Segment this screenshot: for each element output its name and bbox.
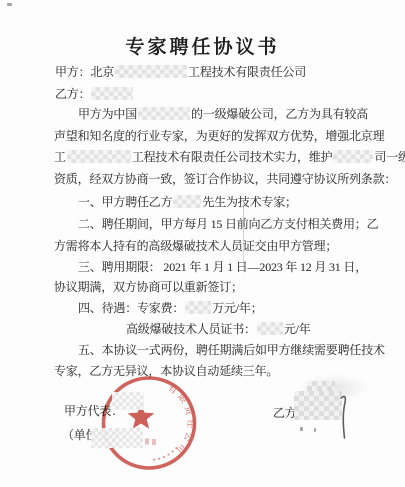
redaction-party-a-name (115, 65, 187, 78)
clause-4-text-b: 万元/年； (212, 301, 262, 315)
preamble-line-2: 声望和知名度的行业专家，为更好的发挥双方优势，增强北京理 (54, 127, 384, 144)
preamble-3-text-b: 工程技术有限责任公司技术实力，维护 (132, 150, 333, 164)
document-title: 专家聘任协议书 (0, 32, 405, 59)
agreement-document: 专家聘任协议书 甲方：北京工程技术有限责任公司 乙方： 甲方为中国的一级爆破公司… (0, 0, 405, 487)
redaction-expert-name (173, 195, 201, 208)
clause-4-line-1: 四、待遇：专家费：万元/年； (78, 299, 263, 316)
clause-1-text-b: 先生为技术专家； (202, 195, 296, 209)
preamble-3-text-c: 司一级 (374, 150, 405, 164)
clause-3-line-2: 协议期满，双方协商可以重新签订； (54, 278, 243, 295)
preamble-line-1: 甲方为中国的一级爆破公司，乙方为具有较高 (78, 105, 368, 122)
clause-1-text: 一、甲方聘任乙方 (78, 195, 172, 209)
redaction-party-b-name (91, 87, 133, 100)
redaction-seal-top (112, 392, 144, 410)
redaction-expert-fee (185, 301, 211, 314)
clause-4b-text: 高级爆破技术人员证书： (126, 322, 256, 336)
clause-4b-text-b: 元/年 (284, 322, 311, 336)
clause-3-line-1: 三、聘用期限： 2021 年 1 月 1 日—2023 年 12 月 31 日， (78, 258, 367, 275)
party-a-suffix: 工程技术有限责任公司 (188, 65, 306, 79)
clause-4-text: 四、待遇：专家费： (78, 301, 184, 315)
party-a-line: 甲方：北京工程技术有限责任公司 (55, 63, 306, 80)
preamble-line-4: 资质，经双方协商一致，签订合作协议，共同遵守协议所列条款： (54, 170, 396, 187)
preamble-3-text: 工 (54, 150, 66, 164)
clause-1-line: 一、甲方聘任乙方先生为技术专家； (78, 193, 297, 210)
scan-speck (7, 3, 12, 6)
preamble-1-text: 甲方为中国 (78, 107, 137, 121)
preamble-1-text-b: 的一级爆破公司，乙方为具有较高 (191, 107, 368, 121)
signature-ink-speck-2 (314, 428, 316, 432)
party-b-line: 乙方： (55, 85, 134, 102)
seal-serial-marks (138, 437, 177, 461)
redaction-cert-fee (257, 322, 283, 335)
party-b-prefix: 乙方： (55, 87, 90, 101)
clause-4-line-2: 高级爆破技术人员证书：元/年 (126, 320, 311, 337)
party-a-prefix: 甲方：北京 (55, 65, 114, 79)
clause-5-line-1: 五、本协议一式两份，聘任期满后如甲方继续需要聘任技术 (78, 341, 385, 358)
paper-fold-crease (243, 190, 244, 276)
signature-ink-speck (300, 427, 303, 431)
clause-2-line-1: 二、聘任期间，甲方每月 15 日前向乙方支付相关费用；乙 (78, 215, 378, 232)
signature-pen-stroke (328, 392, 352, 447)
redaction-company-mid (67, 150, 131, 163)
redaction-seal-bottom (91, 428, 143, 448)
official-seal-stamp: 有限责任公司 (100, 375, 200, 471)
redaction-company-origin (138, 107, 190, 120)
redaction-company-short (333, 150, 373, 163)
preamble-line-3: 工工程技术有限责任公司技术实力，维护司一级 (54, 148, 405, 165)
clause-2-line-2: 方需将本人持有的高级爆破技术人员证交由甲方管理； (54, 237, 337, 254)
